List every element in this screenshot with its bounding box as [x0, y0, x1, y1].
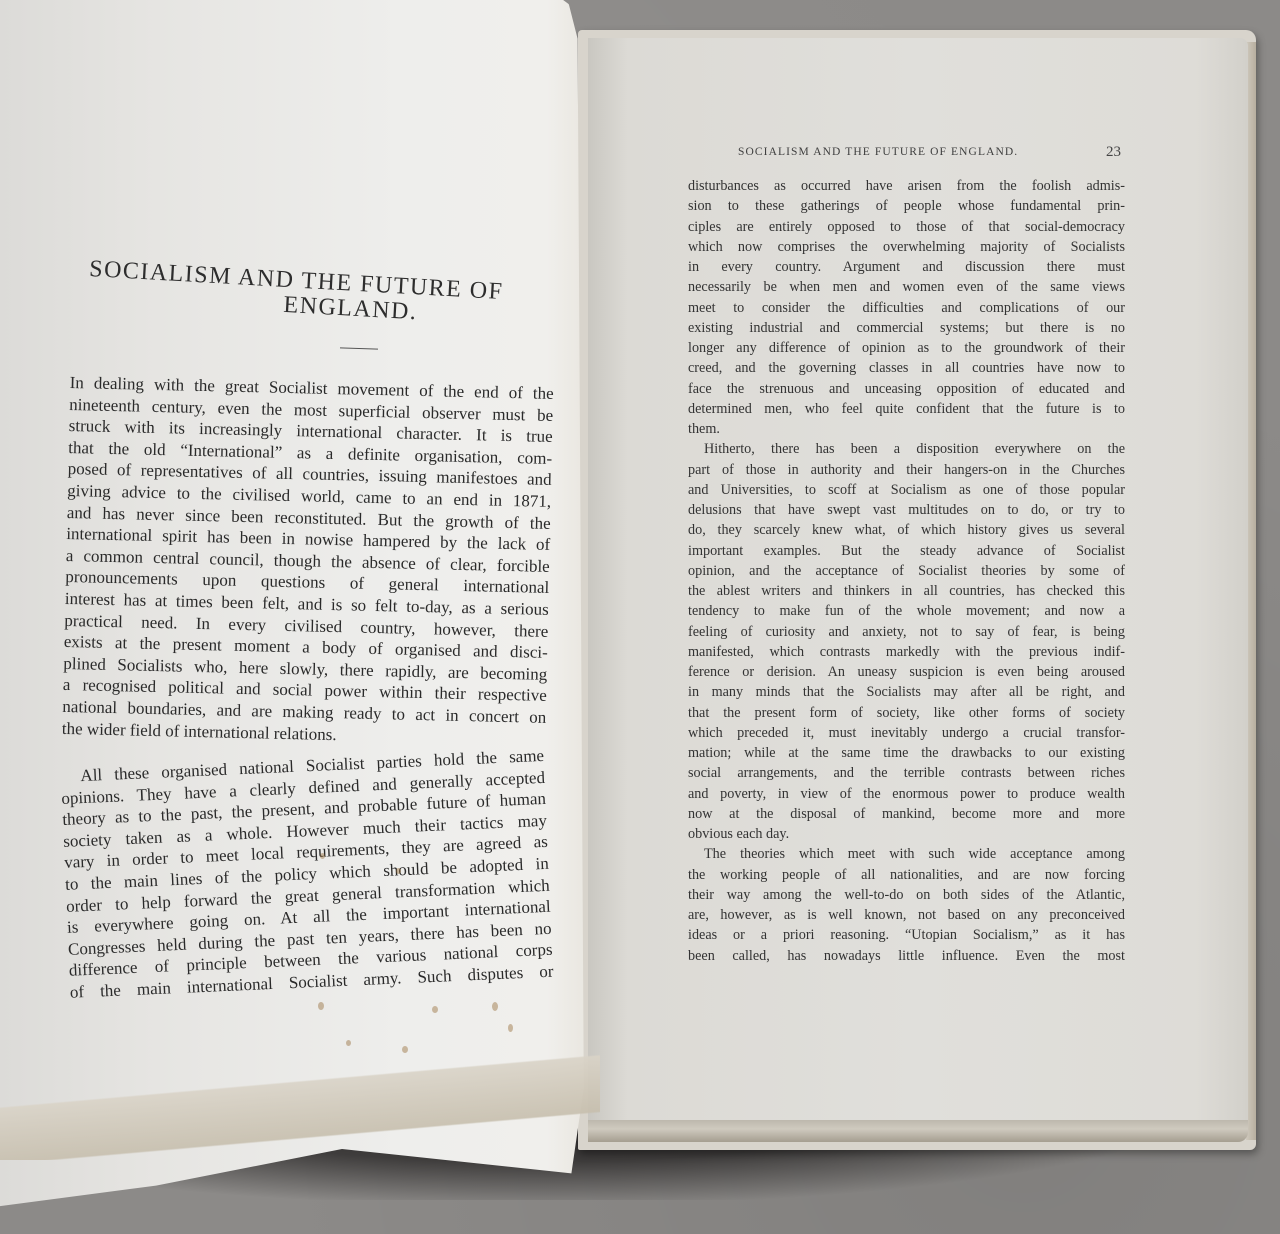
- page-number: 23: [1106, 144, 1121, 161]
- foxing-spot: [320, 853, 325, 859]
- text-line: necessarily be when men and women even o…: [688, 277, 1125, 297]
- text-line: Hitherto, there has been a disposition e…: [688, 439, 1125, 459]
- text-line: which now comprises the overwhelming maj…: [688, 237, 1125, 257]
- text-line: mation; while at the same time the drawb…: [688, 743, 1125, 763]
- foxing-spot: [396, 868, 401, 874]
- text-line: face the strenuous and unceasing opposit…: [688, 379, 1125, 399]
- foxing-spot: [402, 1046, 408, 1053]
- text-line: been called, has nowadays little influen…: [688, 946, 1125, 966]
- text-line: meet to consider the difficulties and co…: [688, 298, 1125, 318]
- text-line: delusions that have swept vast multitude…: [688, 500, 1125, 520]
- foxing-spot: [318, 1002, 324, 1010]
- bottom-page-edges: [588, 1120, 1248, 1142]
- left-page-edge: [0, 1050, 600, 1160]
- right-page-body: disturbances as occurred have arisen fro…: [688, 176, 1125, 966]
- text-line: creed, and the governing classes in all …: [688, 358, 1125, 378]
- book-photo: SOCIALISM AND THE FUTURE OF ENGLAND. 23 …: [0, 0, 1280, 1234]
- text-line: that the present form of society, like o…: [688, 703, 1125, 723]
- foxing-spot: [508, 1024, 513, 1032]
- text-line: obvious each day.: [688, 824, 1125, 844]
- text-line: and Universities, to scoff at Socialism …: [688, 480, 1125, 500]
- text-line: the ablest writers and thinkers in all c…: [688, 581, 1125, 601]
- text-line: existing industrial and commercial syste…: [688, 318, 1125, 338]
- text-line: sion to these gatherings of people whose…: [688, 196, 1125, 216]
- text-line: in many minds that the Socialists may af…: [688, 682, 1125, 702]
- text-line: the working people of all nationalities,…: [688, 865, 1125, 885]
- text-line: opinion, and the acceptance of Socialist…: [688, 561, 1125, 581]
- text-line: are, however, as is well known, not base…: [688, 905, 1125, 925]
- text-line: longer any difference of opinion as to t…: [688, 338, 1125, 358]
- left-paragraph-2: All these organised national Socialist p…: [60, 745, 554, 1003]
- foxing-spot: [346, 1040, 351, 1046]
- text-line: ference or derision. An uneasy suspicion…: [688, 662, 1125, 682]
- text-line: feeling of curiosity and anxiety, not to…: [688, 622, 1125, 642]
- text-line: which preceded it, must inevitably under…: [688, 723, 1125, 743]
- text-line: important examples. But the steady advan…: [688, 541, 1125, 561]
- text-line: and poverty, in view of the enormous pow…: [688, 784, 1125, 804]
- text-line: ciples are entirely opposed to those of …: [688, 217, 1125, 237]
- text-line: do, they scarcely knew what, of which hi…: [688, 520, 1125, 540]
- text-line: them.: [688, 419, 1125, 439]
- text-line: The theories which meet with such wide a…: [688, 844, 1125, 864]
- text-line: in every country. Argument and discussio…: [688, 257, 1125, 277]
- text-line: disturbances as occurred have arisen fro…: [688, 176, 1125, 196]
- text-line: ideas or a priori reasoning. “Utopian So…: [688, 925, 1125, 945]
- text-line: part of those in authority and their han…: [688, 460, 1125, 480]
- text-line: determined men, who feel quite confident…: [688, 399, 1125, 419]
- text-line: tendency to make fun of the whole moveme…: [688, 601, 1125, 621]
- left-paragraph-1: In dealing with the great Socialist move…: [62, 372, 554, 750]
- running-head: SOCIALISM AND THE FUTURE OF ENGLAND.: [738, 146, 1128, 158]
- text-line: now at the disposal of mankind, become m…: [688, 804, 1125, 824]
- foxing-spot: [432, 1006, 438, 1013]
- foxing-spot: [492, 1002, 498, 1011]
- text-line: manifested, which contrasts markedly wit…: [688, 642, 1125, 662]
- text-line: their way among the well-to-do on both s…: [688, 885, 1125, 905]
- text-line: social arrangements, and the terrible co…: [688, 763, 1125, 783]
